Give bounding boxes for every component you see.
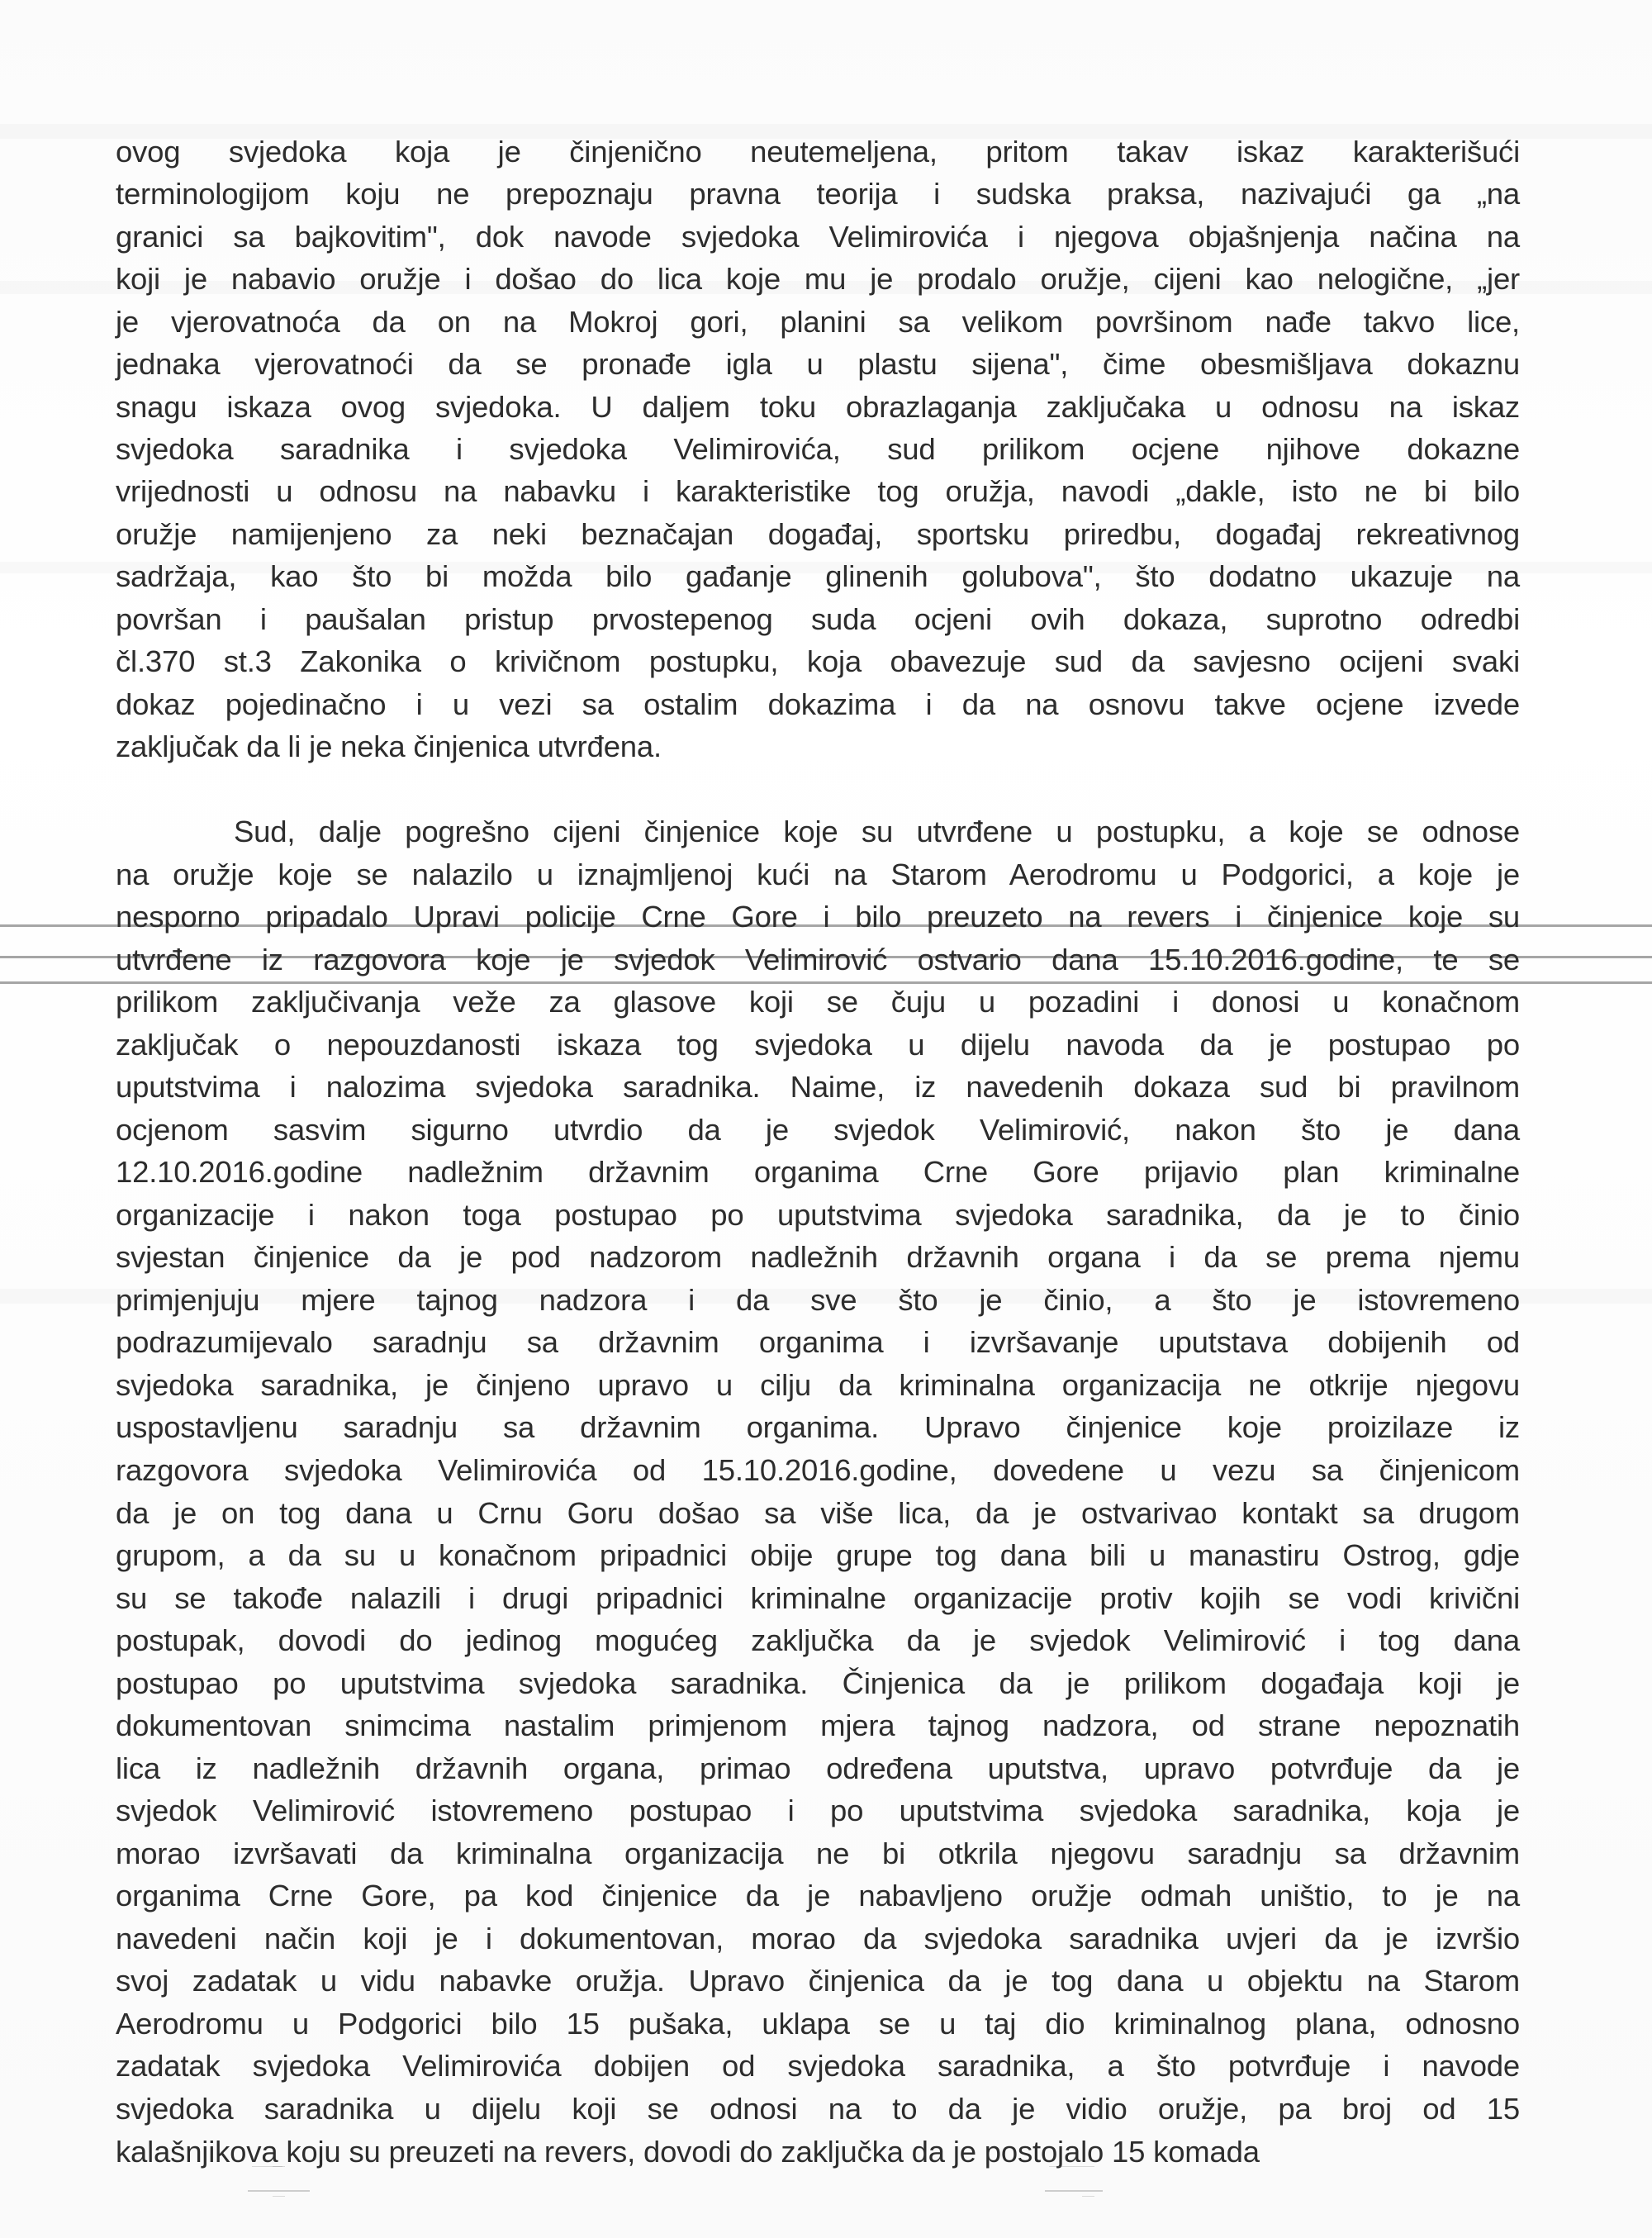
bleed-through-mark [273, 2196, 285, 2197]
bleed-through-mark [1045, 2190, 1103, 2192]
bleed-through-mark [1049, 2166, 1094, 2167]
text-line: terminologijom koju ne prepoznaju pravna… [116, 176, 1520, 212]
text-line: navedeni način koji je i dokumentovan, m… [116, 1921, 1520, 1957]
text-line: koji je nabavio oružje i došao do lica k… [116, 261, 1520, 297]
text-line: svoj zadatak u vidu nabavke oružja. Upra… [116, 1963, 1520, 1999]
text-line: zaključak da li je neka činjenica utvrđe… [116, 729, 1520, 765]
text-line: sadržaja, kao što bi možda bilo gađanje … [116, 558, 1520, 595]
bleed-through-mark [273, 2166, 282, 2167]
text-line: ovog svjedoka koja je činjenično neuteme… [116, 134, 1520, 170]
text-line: utvrđene iz razgovora koje je svjedok Ve… [116, 942, 1520, 978]
text-line: svjedoka saradnika u dijelu koji se odno… [116, 2091, 1520, 2127]
text-line: 12.10.2016.godine nadležnim državnim org… [116, 1154, 1520, 1190]
text-line: prilikom zaključivanja veže za glasove k… [116, 984, 1520, 1020]
text-line: svjestan činjenice da je pod nadzorom na… [116, 1239, 1520, 1276]
text-line: nesporno pripadalo Upravi policije Crne … [116, 899, 1520, 935]
text-line: površan i paušalan pristup prvostepenog … [116, 601, 1520, 638]
text-line: na oružje koje se nalazilo u iznajmljeno… [116, 857, 1520, 893]
text-line: morao izvršavati da kriminalna organizac… [116, 1836, 1520, 1872]
text-line: granici sa bajkovitim", dok navode svjed… [116, 219, 1520, 255]
text-line: su se takođe nalazili i drugi pripadnici… [116, 1580, 1520, 1617]
text-line: grupom, a da su u konačnom pripadnici ob… [116, 1537, 1520, 1574]
text-line: svjedok Velimirović istovremeno postupao… [116, 1793, 1520, 1829]
text-line: lica iz nadležnih državnih organa, prima… [116, 1751, 1520, 1787]
text-line: podrazumijevalo saradnju sa državnim org… [116, 1324, 1520, 1361]
text-line: dokumentovan snimcima nastalim primjenom… [116, 1708, 1520, 1744]
text-line: kalašnjikova koju su preuzeti na revers,… [116, 2134, 1520, 2170]
text-line: Aerodromu u Podgorici bilo 15 pušaka, uk… [116, 2006, 1520, 2042]
bleed-through-mark [1082, 2196, 1094, 2197]
text-line: razgovora svjedoka Velimirovića od 15.10… [116, 1452, 1520, 1489]
text-line: snagu iskaza ovog svjedoka. U daljem tok… [116, 389, 1520, 425]
text-line: svjedoka saradnika i svjedoka Velimirovi… [116, 431, 1520, 468]
text-line: uspostavljenu saradnju sa državnim organ… [116, 1409, 1520, 1446]
text-line: zaključak o nepouzdanosti iskaza tog svj… [116, 1027, 1520, 1063]
text-line: svjedoka saradnika, je činjeno upravo u … [116, 1367, 1520, 1404]
bleed-through-mark [248, 2190, 310, 2192]
text-line: jednaka vjerovatnoći da se pronađe igla … [116, 346, 1520, 383]
text-line: uputstvima i nalozima svjedoka saradnika… [116, 1069, 1520, 1105]
text-line: oružje namijenjeno za neki beznačajan do… [116, 516, 1520, 553]
text-line: dokaz pojedinačno i u vezi sa ostalim do… [116, 687, 1520, 723]
text-line: Sud, dalje pogrešno cijeni činjenice koj… [234, 814, 1520, 850]
text-line: organima Crne Gore, pa kod činjenice da … [116, 1878, 1520, 1914]
text-line: ocjenom sasvim sigurno utvrdio da je svj… [116, 1112, 1520, 1148]
text-line: postupak, dovodi do jedinog mogućeg zakl… [116, 1623, 1520, 1659]
text-line: da je on tog dana u Crnu Goru došao sa v… [116, 1495, 1520, 1532]
text-line: vrijednosti u odnosu na nabavku i karakt… [116, 473, 1520, 510]
text-line: postupao po uputstvima svjedoka saradnik… [116, 1665, 1520, 1702]
text-line: čl.370 st.3 Zakonika o krivičnom postupk… [116, 644, 1520, 680]
text-line: organizacije i nakon toga postupao po up… [116, 1197, 1520, 1233]
text-line: primjenjuju mjere tajnog nadzora i da sv… [116, 1282, 1520, 1319]
document-page: ovog svjedoka koja je činjenično neuteme… [0, 0, 1652, 2238]
text-line: zadatak svjedoka Velimirovića dobijen od… [116, 2048, 1520, 2084]
text-line: je vjerovatnoća da on na Mokroj gori, pl… [116, 304, 1520, 340]
